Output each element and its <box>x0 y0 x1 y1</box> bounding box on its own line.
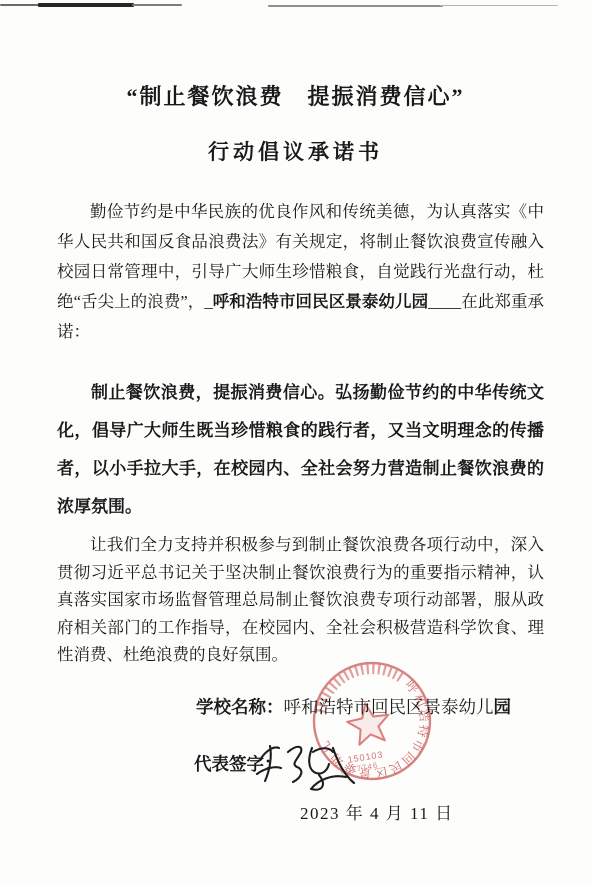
scan-artifact-line <box>440 5 558 6</box>
paragraph-commitment: 制止餐饮浪费，提振消费信心。弘扬勤俭节约的中华传统文化，倡导广大师生既当珍惜粮食… <box>57 374 544 526</box>
school-name-label: 学校名称： <box>196 697 284 717</box>
school-name-filled-in: 呼和浩特市回民区景泰幼儿 <box>213 293 412 311</box>
blank-underscore-prefix: _ <box>204 292 212 311</box>
scan-artifact-line <box>0 4 40 6</box>
document-subtitle: 行动倡议承诺书 <box>0 136 591 166</box>
scan-artifact-line <box>38 3 134 7</box>
school-name-last-character: 园 <box>412 293 429 311</box>
scan-artifact-line <box>132 4 182 6</box>
scan-artifact-line <box>268 5 443 7</box>
blank-underscore-suffix: ____ <box>428 292 461 311</box>
seal-mongolian-script-arc <box>321 669 402 712</box>
document-title: “制止餐饮浪费 提振消费信心” <box>0 80 591 111</box>
school-name-value-last-character: 园 <box>494 697 512 717</box>
paragraph-pledge: 让我们全力支持并积极参与到制止餐饮浪费各项行动中，深入贯彻习近平总书记关于坚决制… <box>57 531 544 669</box>
signature-strokes <box>257 746 354 790</box>
paragraph-opening: 勤俭节约是中华民族的优良作风和传统美德，为认真落实《中华人民共和国反食品浪费法》… <box>57 197 544 347</box>
representative-signature: 程敏 <box>248 736 360 798</box>
date-line: 2023 年 4 月 11 日 <box>300 799 454 824</box>
